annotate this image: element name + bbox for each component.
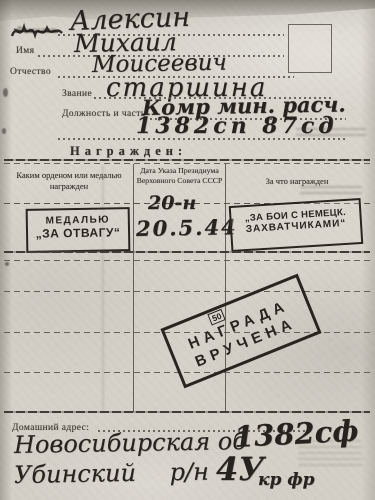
award-column-header: Каким орденом или медалью награжден	[10, 170, 128, 191]
section-divider	[4, 159, 370, 161]
table-column-divider	[225, 164, 226, 412]
decree-column-header: Дата Указа Президиума Верховного Совета …	[136, 166, 223, 185]
table-bottom-line	[4, 411, 370, 413]
ink-speck	[5, 262, 9, 266]
address-front-value-big: 4У	[216, 450, 264, 488]
battles-with-german-invaders-stamp: „ЗА БОИ С НЕМЕЦК. ЗАХВАТЧИКАМИ“	[229, 198, 364, 252]
bleed-through-artifact	[300, 186, 362, 194]
position-label: Должность и часть	[62, 109, 146, 119]
ink-blot	[8, 20, 66, 44]
paper-fold-line	[102, 165, 104, 411]
ruled-line	[58, 138, 346, 140]
address-front-value-rest: кр фр	[258, 470, 315, 490]
medal-for-courage-stamp: МЕДАЛЬЮ „ЗА ОТВАГУ“	[26, 207, 131, 253]
stamp-text: „ЗА ОТВАГУ“	[28, 225, 128, 241]
patronymic-label: Отчество	[10, 67, 51, 77]
scan-edge-right	[361, 0, 375, 500]
table-row-line	[4, 291, 370, 292]
awarded-section-header: Награжден:	[70, 144, 187, 159]
rank-label: Звание	[62, 89, 92, 99]
decree-date-value: 20.5.44	[136, 214, 238, 241]
ink-speck	[2, 128, 6, 134]
table-column-divider	[133, 164, 134, 412]
table-row-line	[4, 251, 370, 253]
bleed-through-artifact	[296, 128, 366, 138]
first-name-label: Имя	[16, 46, 34, 56]
ink-speck	[3, 88, 8, 97]
address-unit-value: 1382сф	[233, 414, 359, 454]
award-record-card: Фамилия Алексин Имя Михаил Отчество Моис…	[0, 0, 375, 500]
address-region-value: Новосибирская об	[14, 427, 247, 459]
section-divider	[4, 163, 370, 164]
table-row-line	[4, 260, 370, 261]
reason-column-header: За что награжден	[230, 176, 364, 187]
photo-placeholder-box	[288, 24, 332, 73]
address-district-value: Убинский р/н	[14, 458, 209, 489]
decree-number-value: 20-н	[148, 192, 196, 214]
